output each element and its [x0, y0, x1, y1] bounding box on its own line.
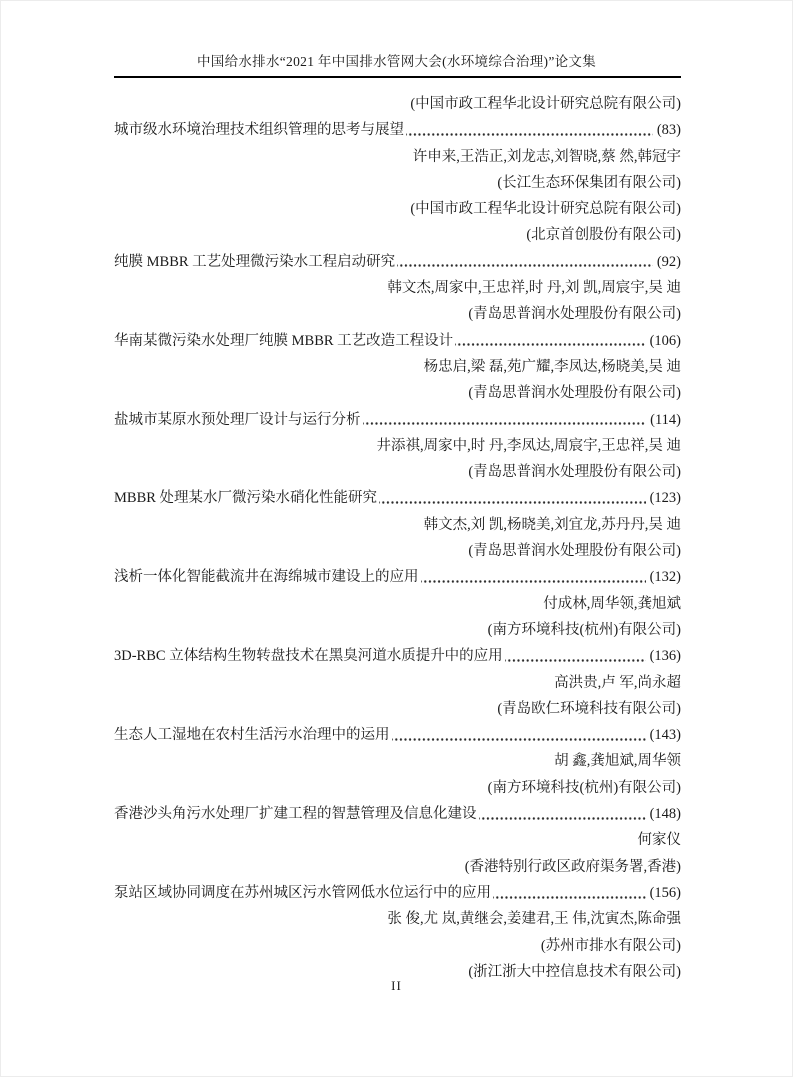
entry-affiliation: (南方环境科技(杭州)有限公司): [114, 775, 681, 801]
toc-entry-title-row: 浅析一体化智能截流井在海绵城市建设上的应用 (132): [114, 564, 681, 590]
entry-page-number: (114): [650, 407, 681, 433]
entry-affiliation: (香港特别行政区政府渠务署,香港): [114, 854, 681, 880]
entry-title: 城市级水环境治理技术组织管理的思考与展望: [114, 117, 404, 143]
entry-page-number: (123): [650, 485, 681, 511]
entry-affiliation: (青岛思普润水处理股份有限公司): [114, 459, 681, 485]
toc-entry-title-row: 华南某微污染水处理厂纯膜 MBBR 工艺改造工程设计 (106): [114, 328, 681, 354]
toc-entry-title-row: 盐城市某原水预处理厂设计与运行分析 (114): [114, 407, 681, 433]
entry-authors: 付成林,周华领,龚旭斌: [114, 591, 681, 617]
entry-authors: 韩文杰,周家中,王忠祥,时 丹,刘 凯,周宸宇,吴 迪: [114, 275, 681, 301]
dot-leader: [392, 722, 646, 748]
entry-affiliation: (苏州市排水有限公司): [114, 933, 681, 959]
dot-leader: [505, 643, 646, 669]
dot-leader: [493, 880, 646, 906]
entry-affiliation: (北京首创股份有限公司): [114, 222, 681, 248]
header-rule: [114, 76, 681, 78]
dot-leader: [455, 328, 645, 354]
entry-authors: 何家仪: [114, 827, 681, 853]
entry-title: 盐城市某原水预处理厂设计与运行分析: [114, 407, 361, 433]
entry-page-number: (156): [650, 880, 681, 906]
entry-title: 华南某微污染水处理厂纯膜 MBBR 工艺改造工程设计: [114, 328, 453, 354]
entry-title: 3D-RBC 立体结构生物转盘技术在黑臭河道水质提升中的应用: [114, 643, 503, 669]
dot-leader: [397, 249, 653, 275]
toc-entry-title-row: 泵站区域协同调度在苏州城区污水管网低水位运行中的应用 (156): [114, 880, 681, 906]
entry-page-number: (83): [657, 117, 681, 143]
entry-authors: 张 俊,尤 岚,黄继会,姜建君,王 伟,沈寅杰,陈命强: [114, 906, 681, 932]
dot-leader: [421, 564, 646, 590]
toc-entry-title-row: 城市级水环境治理技术组织管理的思考与展望 (83): [114, 117, 681, 143]
page-number: II: [1, 978, 792, 994]
entry-authors: 许申来,王浩正,刘龙志,刘智晓,蔡 然,韩冠宇: [114, 144, 681, 170]
entry-page-number: (148): [650, 801, 681, 827]
document-page: 中国给水排水“2021 年中国排水管网大会(水环境综合治理)”论文集 (中国市政…: [0, 0, 793, 1077]
toc-entry-title-row: 香港沙头角污水处理厂扩建工程的智慧管理及信息化建设 (148): [114, 801, 681, 827]
entry-affiliation: (青岛思普润水处理股份有限公司): [114, 301, 681, 327]
entry-affiliation: (青岛欧仁环境科技有限公司): [114, 696, 681, 722]
entry-affiliation: (青岛思普润水处理股份有限公司): [114, 538, 681, 564]
entry-page-number: (136): [650, 643, 681, 669]
entry-title: 生态人工湿地在农村生活污水治理中的运用: [114, 722, 390, 748]
entry-title: 泵站区域协同调度在苏州城区污水管网低水位运行中的应用: [114, 880, 491, 906]
toc-entry-title-row: MBBR 处理某水厂微污染水硝化性能研究 (123): [114, 485, 681, 511]
dot-leader: [479, 801, 646, 827]
entry-authors: 井添祺,周家中,时 丹,李凤达,周宸宇,王忠祥,吴 迪: [114, 433, 681, 459]
entry-authors: 杨忠启,梁 磊,苑广耀,李凤达,杨晓美,吴 迪: [114, 354, 681, 380]
entry-authors: 韩文杰,刘 凯,杨晓美,刘宜龙,苏丹丹,吴 迪: [114, 512, 681, 538]
entry-affiliation: (青岛思普润水处理股份有限公司): [114, 380, 681, 406]
entry-title: MBBR 处理某水厂微污染水硝化性能研究: [114, 485, 377, 511]
entry-title: 纯膜 MBBR 工艺处理微污染水工程启动研究: [114, 249, 395, 275]
dot-leader: [363, 407, 647, 433]
dot-leader: [379, 485, 646, 511]
entry-authors: 高洪贵,卢 军,尚永超: [114, 670, 681, 696]
entry-page-number: (143): [650, 722, 681, 748]
toc-content: (中国市政工程华北设计研究总院有限公司) 城市级水环境治理技术组织管理的思考与展…: [114, 91, 681, 985]
entry-affiliation: (长江生态环保集团有限公司): [114, 170, 681, 196]
entry-title: 浅析一体化智能截流井在海绵城市建设上的应用: [114, 564, 419, 590]
entry-affiliation: (中国市政工程华北设计研究总院有限公司): [114, 196, 681, 222]
entry-page-number: (132): [650, 564, 681, 590]
running-header: 中国给水排水“2021 年中国排水管网大会(水环境综合治理)”论文集: [1, 50, 792, 70]
entry-authors: 胡 鑫,龚旭斌,周华领: [114, 748, 681, 774]
toc-entry-title-row: 3D-RBC 立体结构生物转盘技术在黑臭河道水质提升中的应用 (136): [114, 643, 681, 669]
dot-leader: [406, 117, 653, 143]
entry-title: 香港沙头角污水处理厂扩建工程的智慧管理及信息化建设: [114, 801, 477, 827]
entry-page-number: (106): [650, 328, 681, 354]
entry-affiliation: (南方环境科技(杭州)有限公司): [114, 617, 681, 643]
carryover-affiliation: (中国市政工程华北设计研究总院有限公司): [114, 91, 681, 117]
toc-entry-title-row: 生态人工湿地在农村生活污水治理中的运用 (143): [114, 722, 681, 748]
toc-entry-title-row: 纯膜 MBBR 工艺处理微污染水工程启动研究 (92): [114, 249, 681, 275]
entry-page-number: (92): [657, 249, 681, 275]
